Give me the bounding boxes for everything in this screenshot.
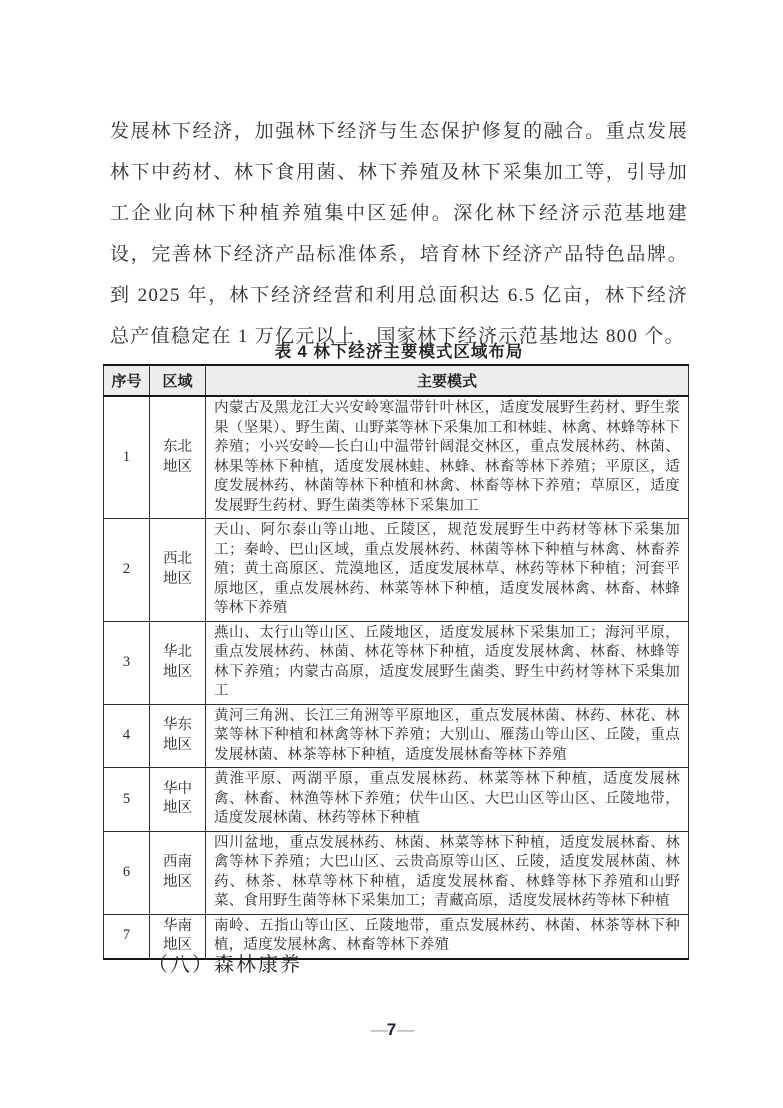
mode-cell: 天山、阿尔泰山等山地、丘陵区，规范发展野生中药材等林下采集加工；秦岭、巴山区域，…	[206, 519, 689, 622]
region-modes-table: 序号 区域 主要模式 1 东北地区 内蒙古及黑龙江大兴安岭寒温带针叶林区，适度发…	[103, 364, 689, 960]
row-index: 3	[104, 621, 150, 704]
table-body: 1 东北地区 内蒙古及黑龙江大兴安岭寒温带针叶林区，适度发展野生药材、野生浆果（…	[104, 396, 689, 959]
table-row: 4 华东地区 黄河三角洲、长江三角洲等平原地区，重点发展林菌、林药、林花、林菜等…	[104, 704, 689, 768]
row-index: 7	[104, 914, 150, 959]
region-cell: 华东地区	[150, 704, 206, 768]
region-cell: 西北地区	[150, 519, 206, 622]
header-cell-mode: 主要模式	[206, 365, 689, 396]
row-index: 4	[104, 704, 150, 768]
table-header: 序号 区域 主要模式	[104, 365, 689, 396]
page-number: —7—	[0, 1020, 783, 1040]
table-row: 5 华中地区 黄淮平原、两湖平原，重点发展林药、林菜等林下种植，适度发展林禽、林…	[104, 768, 689, 832]
table-row: 2 西北地区 天山、阿尔泰山等山地、丘陵区，规范发展野生中药材等林下采集加工；秦…	[104, 519, 689, 622]
table-row: 6 西南地区 四川盆地，重点发展林药、林菌、林菜等林下种植，适度发展林畜、林禽等…	[104, 831, 689, 914]
row-index: 2	[104, 519, 150, 622]
document-page: 发展林下经济，加强林下经济与生态保护修复的融合。重点发展林下中药材、林下食用菌、…	[0, 0, 783, 1108]
mode-cell: 燕山、太行山等山区、丘陵地区，适度发展林下采集加工；海河平原，重点发展林药、林菌…	[206, 621, 689, 704]
body-paragraph: 发展林下经济，加强林下经济与生态保护修复的融合。重点发展林下中药材、林下食用菌、…	[110, 111, 688, 357]
mode-cell: 内蒙古及黑龙江大兴安岭寒温带针叶林区，适度发展野生药材、野生浆果（坚果）、野生菌…	[206, 396, 689, 519]
mode-cell: 四川盆地，重点发展林药、林菌、林菜等林下种植，适度发展林畜、林禽等林下养殖；大巴…	[206, 831, 689, 914]
page-number-left-dash: —	[371, 1020, 386, 1039]
region-cell: 西南地区	[150, 831, 206, 914]
row-index: 6	[104, 831, 150, 914]
table-header-row: 序号 区域 主要模式	[104, 365, 689, 396]
page-number-value: 7	[386, 1020, 397, 1039]
mode-cell: 黄淮平原、两湖平原，重点发展林药、林菜等林下种植，适度发展林禽、林畜、林渔等林下…	[206, 768, 689, 832]
mode-cell: 黄河三角洲、长江三角洲等平原地区，重点发展林菌、林药、林花、林菜等林下种植和林禽…	[206, 704, 689, 768]
table-title: 表 4 林下经济主要模式区域布局	[110, 338, 688, 362]
header-cell-num: 序号	[104, 365, 150, 396]
region-cell: 华北地区	[150, 621, 206, 704]
header-cell-region: 区域	[150, 365, 206, 396]
section-heading: （八）森林康养	[148, 948, 302, 977]
page-number-right-dash: —	[397, 1020, 412, 1039]
region-cell: 华中地区	[150, 768, 206, 832]
region-cell: 东北地区	[150, 396, 206, 519]
row-index: 1	[104, 396, 150, 519]
table-row: 1 东北地区 内蒙古及黑龙江大兴安岭寒温带针叶林区，适度发展野生药材、野生浆果（…	[104, 396, 689, 519]
row-index: 5	[104, 768, 150, 832]
table-row: 3 华北地区 燕山、太行山等山区、丘陵地区，适度发展林下采集加工；海河平原，重点…	[104, 621, 689, 704]
